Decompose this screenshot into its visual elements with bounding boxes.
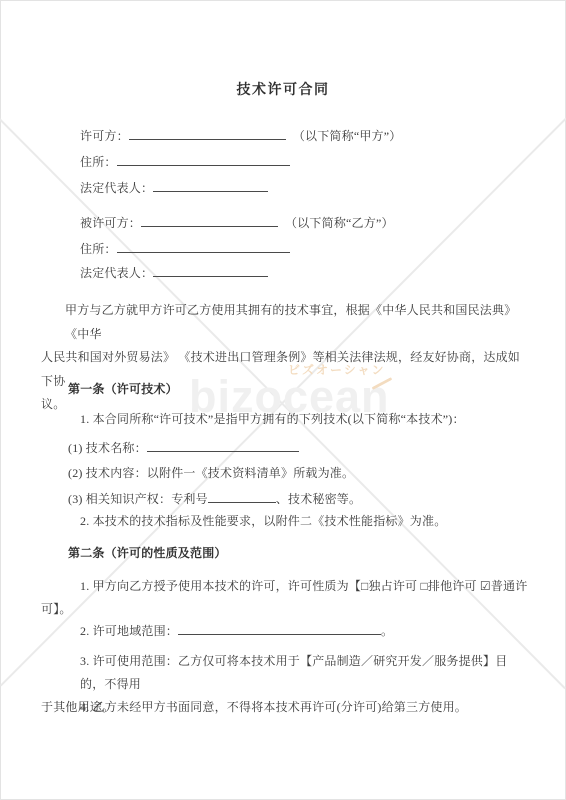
article2-item1: 1. 甲方向乙方授予使用本技术的许可，许可性质为【□独占许可 □排他许可 ☑普通…	[41, 575, 528, 621]
article1-item2: 2. 本技术的技术指标及性能要求，以附件二《技术性能指标》为准。	[41, 513, 566, 529]
licensor-alias: （以下简称“甲方”）	[293, 129, 402, 143]
article2-item2: 2. 许可地域范围：。	[41, 623, 566, 639]
territory-label: 2. 许可地域范围：	[80, 624, 178, 638]
license-type-options-line: 1. 甲方向乙方授予使用本技术的许可，许可性质为【□独占许可 □排他许可 ☑普通…	[41, 575, 528, 598]
territory-blank	[178, 623, 381, 635]
licensee-representative-line: 法定代表人：	[41, 265, 528, 281]
article1-sub3: (3) 相关知识产权：专利号、技术秘密等。	[41, 491, 555, 507]
licensor-address-blank	[117, 154, 290, 166]
licensee-alias: （以下简称“乙方”）	[285, 216, 394, 230]
licensee-line: 被许可方：（以下简称“乙方”）	[41, 215, 528, 231]
article1-heading: 第一条（许可技术）	[41, 381, 555, 397]
licensee-address-label: 住所：	[41, 242, 117, 256]
article2-item4: 4. 乙方未经甲方书面同意，不得将本技术再许可(分许可)给第三方使用。	[41, 699, 566, 715]
licensor-line: 许可方：（以下简称“甲方”）	[41, 128, 528, 144]
licensor-rep-label: 法定代表人：	[41, 181, 153, 195]
tech-name-label: (1) 技术名称：	[68, 441, 147, 455]
licensee-name-blank	[141, 215, 278, 227]
licensor-representative-line: 法定代表人：	[41, 180, 528, 196]
patent-suffix: 、技术秘密等。	[276, 492, 361, 506]
licensor-label: 许可方：	[41, 129, 129, 143]
preamble-line: 甲方与乙方就甲方许可乙方使用其拥有的技术事宜，根据《中华人民共和国民法典》 《中…	[41, 299, 528, 346]
licensee-address-blank	[117, 241, 290, 253]
territory-suffix: 。	[381, 624, 393, 638]
usage-scope-line: 3. 许可使用范围：乙方仅可将本技术用于【产品制造／研究开发／服务提供】目的，不…	[41, 650, 528, 696]
article2-heading: 第二条（许可的性质及范围）	[41, 545, 555, 561]
licensee-label: 被许可方：	[41, 216, 141, 230]
licensee-rep-blank	[153, 265, 268, 277]
licensor-rep-blank	[153, 180, 268, 192]
licensee-rep-label: 法定代表人：	[41, 266, 153, 280]
licensee-address-line: 住所：	[41, 241, 528, 257]
license-type-options-line: 可】。	[41, 598, 528, 621]
licensor-address-label: 住所：	[41, 155, 117, 169]
tech-name-blank	[147, 440, 299, 452]
patent-label: (3) 相关知识产权：专利号	[68, 492, 208, 506]
article1-sub1: (1) 技术名称：	[41, 440, 555, 456]
article1-sub2: (2) 技术内容：以附件一《技术资料清单》所载为准。	[41, 465, 555, 481]
contract-page: bizocean ビズオーシャン 技术许可合同 许可方：（以下简称“甲方”） 住…	[0, 0, 566, 800]
article1-item1: 1. 本合同所称“许可技术”是指甲方拥有的下列技术(以下简称“本技术”)：	[41, 411, 566, 427]
licensor-address-line: 住所：	[41, 154, 528, 170]
patent-number-blank	[208, 491, 276, 503]
licensor-name-blank	[129, 128, 286, 140]
document-title: 技术许可合同	[0, 82, 566, 100]
preamble: 甲方与乙方就甲方许可乙方使用其拥有的技术事宜，根据《中华人民共和国民法典》 《中…	[41, 299, 528, 417]
